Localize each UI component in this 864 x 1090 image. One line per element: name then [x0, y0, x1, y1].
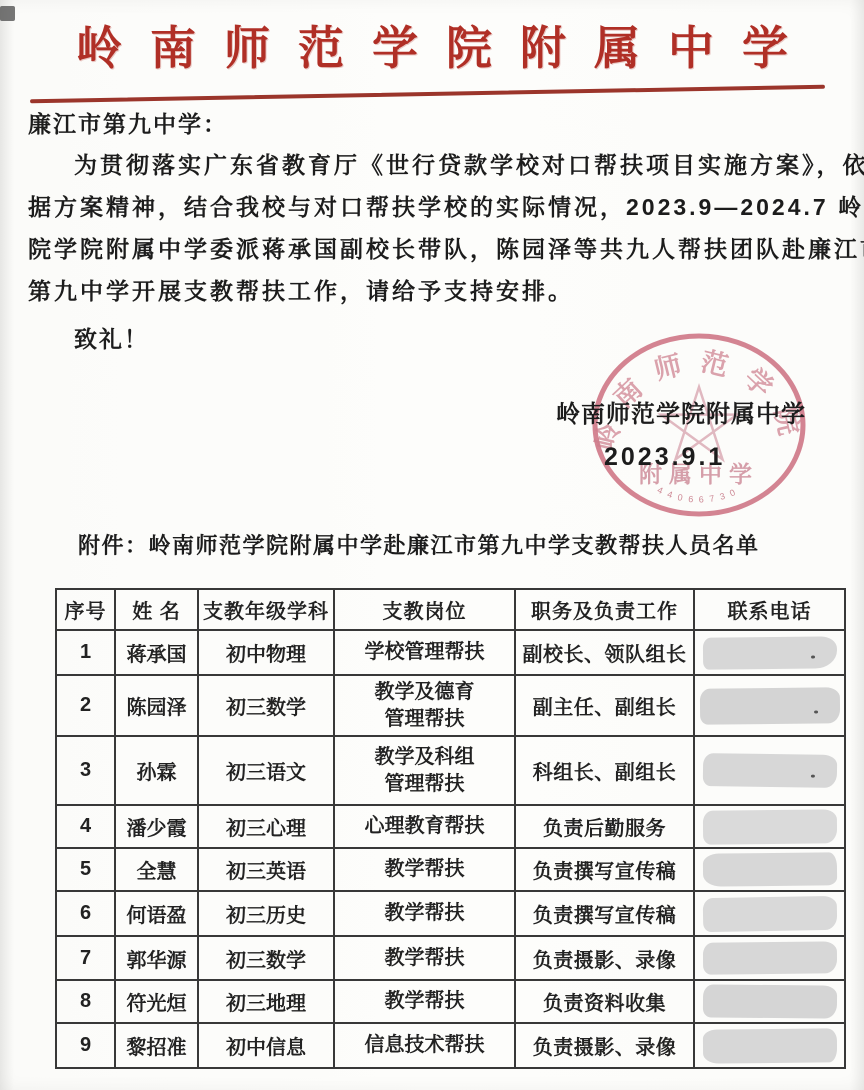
- cell-subject: 初三数学: [198, 675, 334, 736]
- cell-name: 潘少霞: [115, 805, 198, 848]
- table-header-row: 序号 姓 名 支教年级学科 支教岗位 职务及负责工作 联系电话: [56, 589, 845, 630]
- cell-post: 心理教育帮扶: [334, 805, 515, 848]
- cell-subject: 初三地理: [198, 980, 334, 1023]
- cell-subject: 初三心理: [198, 805, 334, 848]
- col-header-subject: 支教年级学科: [198, 589, 334, 630]
- cell-name: 蒋承国: [115, 630, 198, 675]
- cell-no: 2: [56, 675, 115, 736]
- cell-phone: [694, 980, 845, 1023]
- table-row: 4 潘少霞 初三心理 心理教育帮扶 负责后勤服务: [56, 805, 845, 848]
- redacted-phone: [702, 753, 836, 788]
- cell-phone: [694, 630, 845, 675]
- table-row: 5 全慧 初三英语 教学帮扶 负责撰写宣传稿: [56, 848, 845, 891]
- closing-salute: 致礼！: [28, 321, 149, 354]
- col-header-post: 支教岗位: [334, 589, 515, 630]
- cell-duty: 负责撰写宣传稿: [515, 848, 694, 891]
- cell-phone: [694, 936, 845, 980]
- cell-duty: 负责摄影、录像: [515, 1023, 694, 1068]
- table-row: 7 郭华源 初三数学 教学帮扶 负责摄影、录像: [56, 936, 845, 980]
- cell-no: 3: [56, 736, 115, 805]
- cell-subject: 初三历史: [198, 891, 334, 936]
- cell-name: 何语盈: [115, 891, 198, 936]
- table-row: 9 黎招准 初中信息 信息技术帮扶 负责摄影、录像: [56, 1023, 845, 1068]
- cell-phone: [694, 891, 845, 936]
- salutation: 廉江市第九中学：: [28, 106, 228, 139]
- cell-duty: 副校长、领队组长: [515, 630, 694, 675]
- col-header-no: 序号: [56, 589, 115, 630]
- cell-post: 教学帮扶: [334, 936, 515, 980]
- redacted-phone: [702, 895, 837, 931]
- col-header-name: 姓 名: [115, 589, 198, 630]
- col-header-duty: 职务及负责工作: [515, 589, 694, 630]
- cell-no: 8: [56, 980, 115, 1023]
- body-line-2: 据方案精神，结合我校与对口帮扶学校的实际情况，2023.9—2024.7 岭南师: [28, 186, 838, 228]
- table-row: 6 何语盈 初三历史 教学帮扶 负责撰写宣传稿: [56, 891, 845, 936]
- cell-subject: 初中物理: [198, 630, 334, 675]
- cell-name: 陈园泽: [115, 675, 198, 736]
- redacted-phone: [699, 687, 839, 724]
- redacted-phone: [702, 984, 836, 1018]
- cell-post: 学校管理帮扶: [334, 630, 515, 675]
- seal-serial: 44066730: [656, 485, 743, 505]
- cell-duty: 负责摄影、录像: [515, 936, 694, 980]
- cell-duty: 负责后勤服务: [515, 805, 694, 848]
- cell-phone: [694, 1023, 845, 1068]
- redacted-phone: [702, 809, 836, 844]
- cell-duty: 科组长、副组长: [515, 736, 694, 805]
- cell-post: 教学帮扶: [334, 891, 515, 936]
- cell-no: 4: [56, 805, 115, 848]
- cell-no: 5: [56, 848, 115, 891]
- cell-name: 郭华源: [115, 936, 198, 980]
- cell-phone: [694, 848, 845, 891]
- scanned-letter-page: 岭南师范学院附属中学 廉江市第九中学： 为贯彻落实广东省教育厅《世行贷款学校对口…: [0, 0, 864, 1090]
- cell-post: 教学及德育 管理帮扶: [334, 675, 515, 736]
- cell-duty: 负责撰写宣传稿: [515, 891, 694, 936]
- signature-date: 2023.9.1: [604, 443, 725, 472]
- cell-phone: [694, 736, 845, 805]
- redacted-phone: [702, 852, 836, 886]
- cell-post: 教学及科组 管理帮扶: [334, 736, 515, 805]
- cell-name: 孙霖: [115, 736, 198, 805]
- body-line-4: 第九中学开展支教帮扶工作，请给予支持安排。: [28, 270, 838, 312]
- redacted-phone: [702, 636, 836, 669]
- cell-subject: 初三语文: [198, 736, 334, 805]
- cell-no: 9: [56, 1023, 115, 1068]
- cell-subject: 初三英语: [198, 848, 334, 891]
- support-staff-table: 序号 姓 名 支教年级学科 支教岗位 职务及负责工作 联系电话 1 蒋承国 初中…: [55, 588, 846, 1069]
- table-row: 2 陈园泽 初三数学 教学及德育 管理帮扶 副主任、副组长: [56, 675, 845, 736]
- cell-name: 全慧: [115, 848, 198, 891]
- attachment-title: 附件：岭南师范学院附属中学赴廉江市第九中学支教帮扶人员名单: [78, 529, 760, 560]
- cell-post: 教学帮扶: [334, 980, 515, 1023]
- table-row: 3 孙霖 初三语文 教学及科组 管理帮扶 科组长、副组长: [56, 736, 845, 805]
- redacted-phone: [702, 1028, 836, 1063]
- cell-duty: 副主任、副组长: [515, 675, 694, 736]
- cell-post: 教学帮扶: [334, 848, 515, 891]
- body-line-1: 为贯彻落实广东省教育厅《世行贷款学校对口帮扶项目实施方案》，依: [28, 144, 838, 186]
- table-row: 8 符光烜 初三地理 教学帮扶 负责资料收集: [56, 980, 845, 1023]
- signature-school-name: 岭南师范学院附属中学: [556, 394, 806, 429]
- letterhead-divider: [30, 85, 825, 104]
- body-line-3: 院学院附属中学委派蒋承国副校长带队，陈园泽等共九人帮扶团队赴廉江市: [28, 228, 838, 270]
- redacted-phone: [702, 941, 836, 974]
- letter-body: 为贯彻落实广东省教育厅《世行贷款学校对口帮扶项目实施方案》，依 据方案精神，结合…: [28, 144, 838, 312]
- cell-no: 1: [56, 630, 115, 675]
- cell-post: 信息技术帮扶: [334, 1023, 515, 1068]
- col-header-phone: 联系电话: [694, 589, 845, 630]
- cell-phone: [694, 805, 845, 848]
- cell-name: 符光烜: [115, 980, 198, 1023]
- cell-no: 6: [56, 891, 115, 936]
- table-row: 1 蒋承国 初中物理 学校管理帮扶 副校长、领队组长: [56, 630, 845, 675]
- cell-name: 黎招准: [115, 1023, 198, 1068]
- cell-no: 7: [56, 936, 115, 980]
- cell-subject: 初中信息: [198, 1023, 334, 1068]
- cell-phone: [694, 675, 845, 736]
- letterhead-school-name: 岭南师范学院附属中学: [0, 12, 864, 78]
- cell-subject: 初三数学: [198, 936, 334, 980]
- cell-duty: 负责资料收集: [515, 980, 694, 1023]
